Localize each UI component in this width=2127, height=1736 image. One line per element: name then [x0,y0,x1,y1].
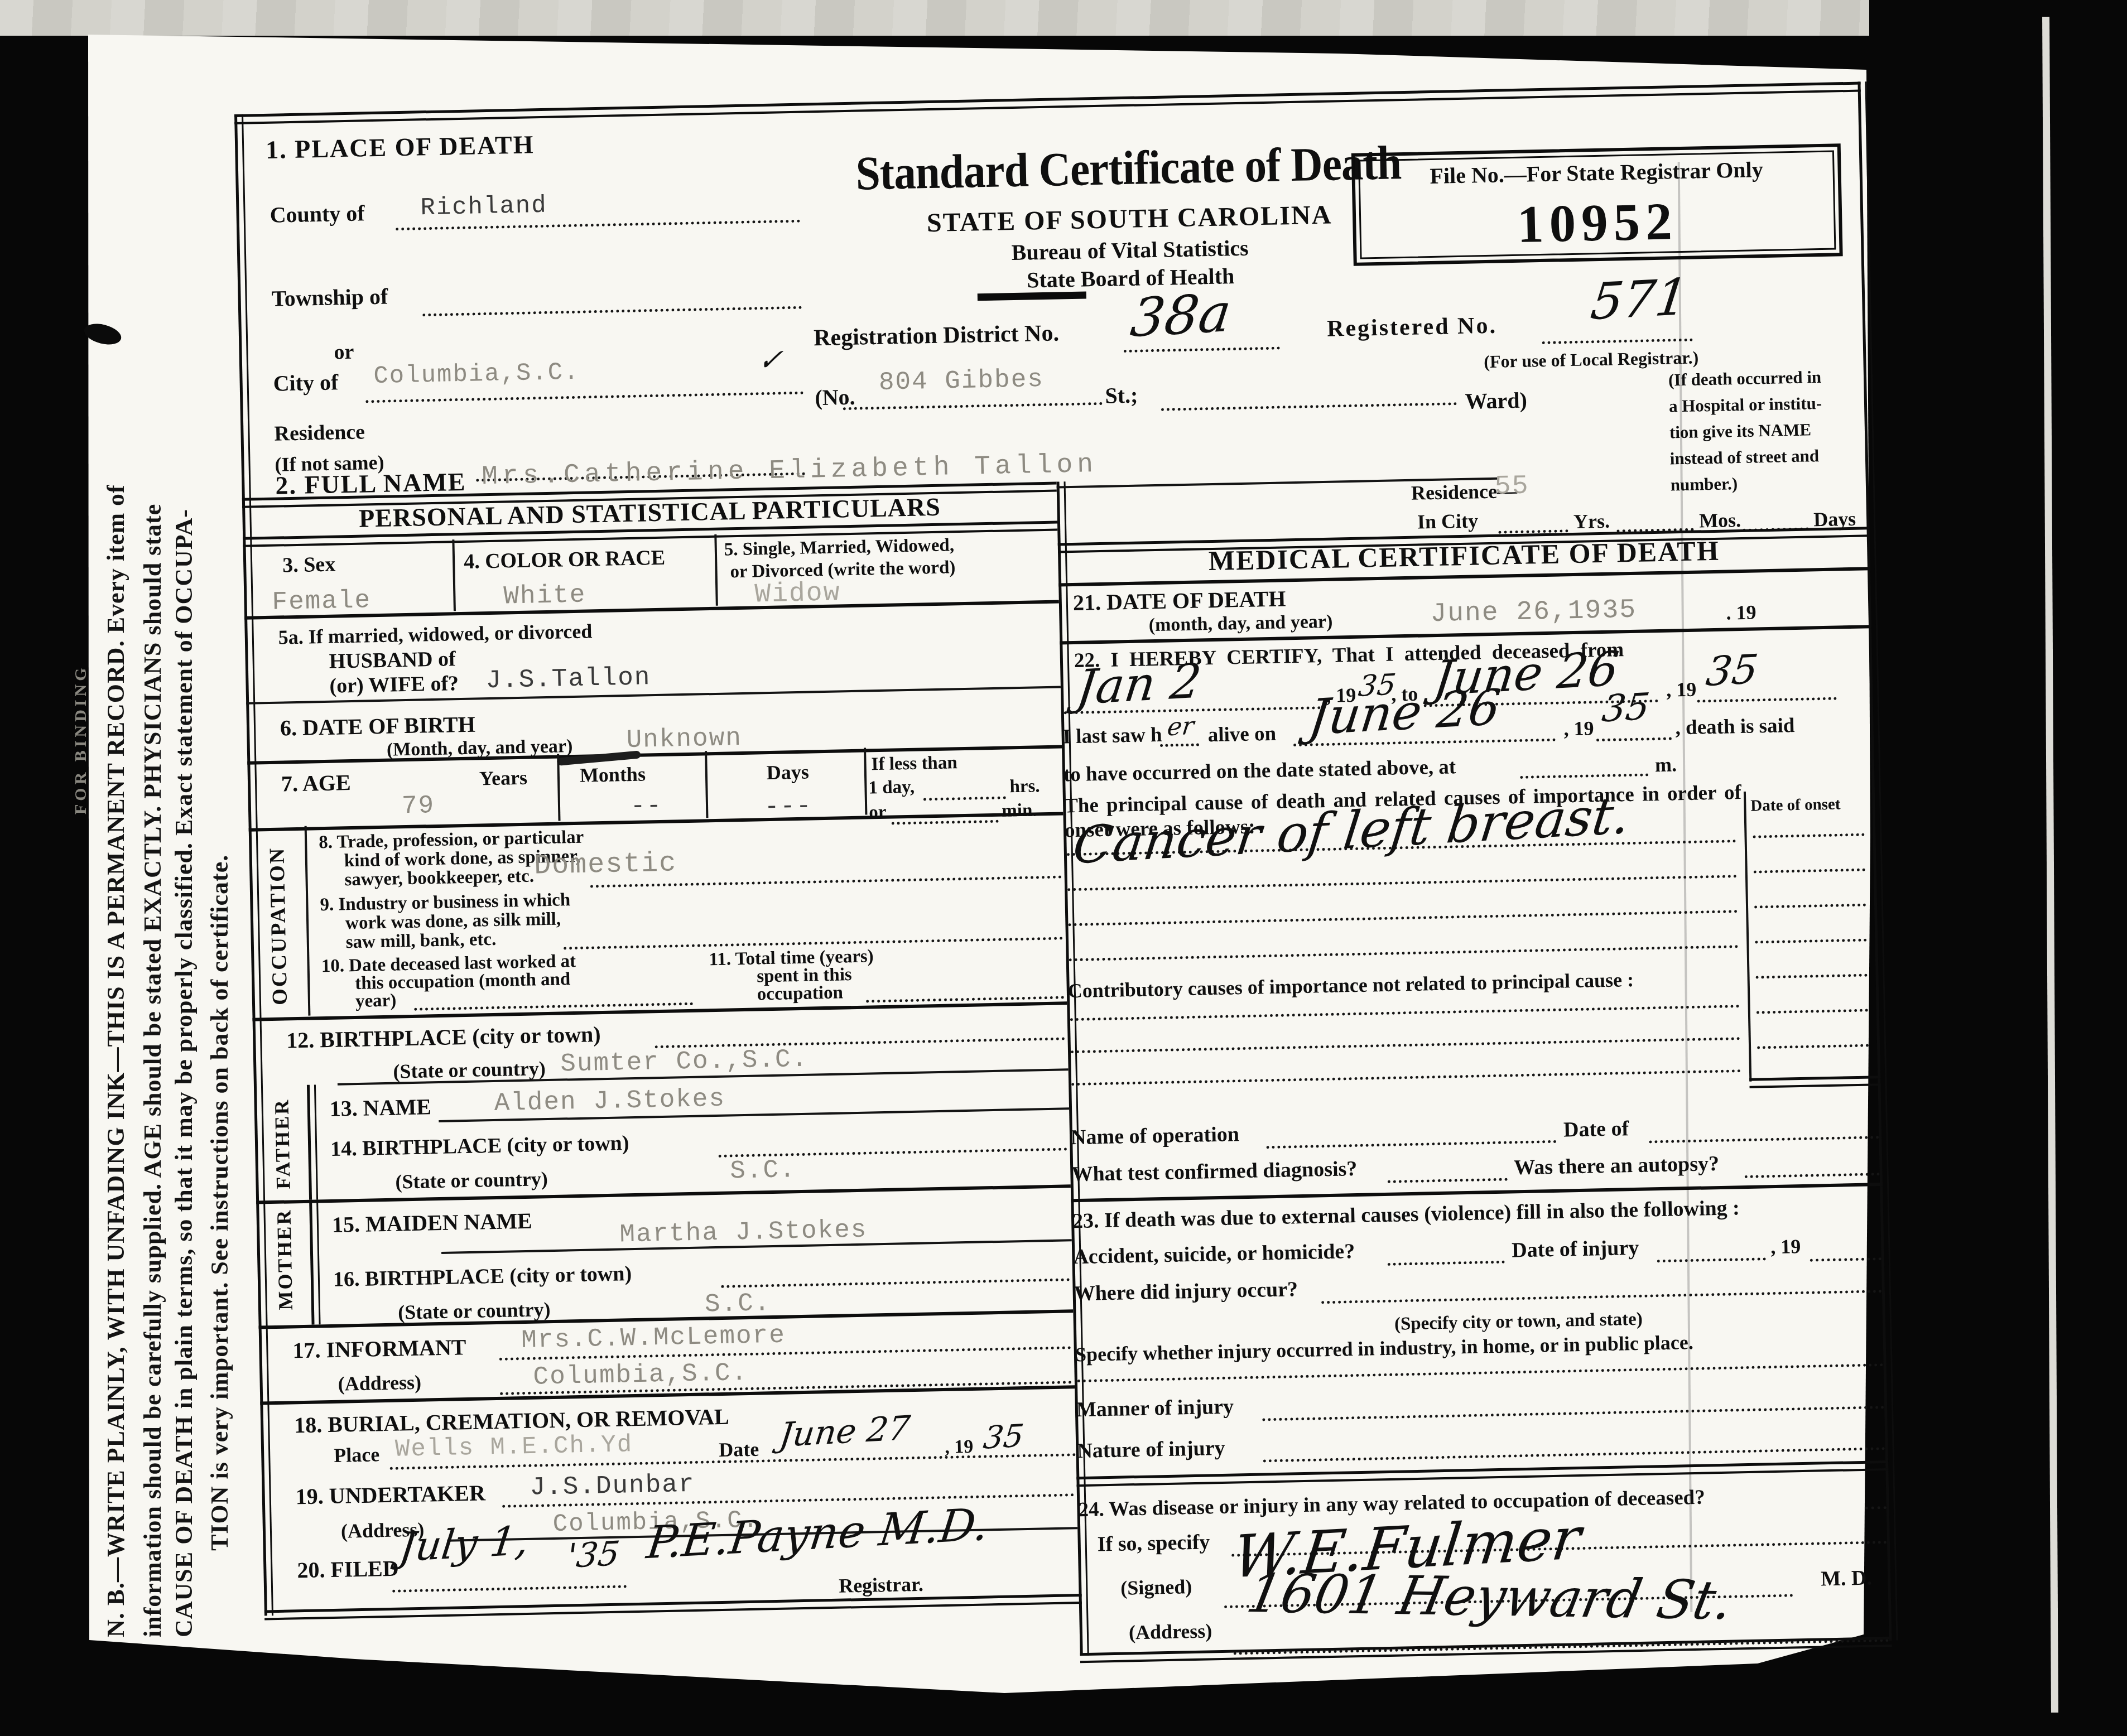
place-of-death-title: 1. PLACE OF DEATH [266,129,535,165]
dotted-line [1755,938,1866,944]
registration-district-label: Registration District No. [814,320,1060,351]
father-name-value: Alden J.Stokes [494,1084,725,1118]
hrs-label: hrs. [1009,776,1040,797]
rule [264,1594,1082,1620]
father-rule [307,1084,318,1199]
to-year-value: 35 [1703,645,1760,695]
date-of-death-19: . 19 [1726,600,1757,624]
dotted-line [1754,903,1866,909]
t9-label: saw mill, bank, etc. [345,929,496,953]
dotted-line [1160,742,1199,747]
date-of-death-sub-label: (month, day, and year) [1148,611,1332,636]
mother-side-label: MOTHER [272,1208,297,1310]
mother-bp-label: 16. BIRTHPLACE (city or town) [333,1261,632,1292]
marital-label: or Divorced (write the word) [730,557,956,582]
margin-note-line: CAUSE OF DEATH in plain terms, so that i… [170,509,198,1637]
where-injury-label: Where did injury occur? [1074,1277,1298,1306]
ward-label: Ward) [1465,387,1527,414]
county-value: Richland [420,192,547,223]
years-header: Years [479,766,528,790]
attended-from-value: Jan 2 [1074,653,1204,715]
dotted-line [365,390,803,403]
dotted-line [1071,1036,1740,1053]
hospital-note-line: tion give its NAME [1669,419,1812,442]
rule [1076,1460,1888,1487]
torn-page-edge [0,0,1869,36]
file-number-value: 10952 [1355,187,1839,258]
nature-of-injury-label: Nature of injury [1077,1436,1225,1463]
date-of-death-value: June 26,1935 [1430,595,1637,629]
cell-divider [864,748,868,814]
hospital-note-line: instead of street and [1670,446,1820,469]
residence-label: Residence [274,419,365,446]
injury-19-label: , 19 [1770,1235,1801,1258]
dotted-line [1069,944,1739,961]
specify-whether-label: Specify whether injury occurred in indus… [1075,1330,1694,1366]
physician-address-label: (Address) [1129,1619,1212,1644]
hospital-note-line: (If death occurred in [1668,367,1822,390]
occurred-m-label: m. [1654,753,1677,777]
min-label: min. [1002,800,1037,821]
dotted-line [1697,696,1837,703]
her-value: er [1166,712,1195,742]
occupation-side-label: OCCUPATION [264,846,292,1005]
dotted-line [1263,1446,1885,1462]
operation-label: Name of operation [1071,1122,1240,1150]
margin-note-line: information should be carefully supplied… [138,504,167,1637]
dotted-line [1745,1171,1880,1178]
informant-value: Mrs.C.W.McLemore [521,1321,786,1355]
oneday-label: 1 day, [868,777,915,799]
street-label: St.; [1105,382,1138,409]
dotted-line [1865,1505,1887,1510]
physician-address-value: 1601 Heyward St. [1242,1563,1738,1632]
alive-year-value: 35 [1600,685,1652,731]
dotted-line [1810,1256,1881,1262]
husband-of-label: HUSBAND of [329,647,456,674]
autopsy-label: Was there an autopsy? [1514,1151,1720,1180]
alive-on-label: alive on [1207,722,1276,747]
dotted-line [1067,874,1737,891]
specify-city-label: (Specify city or town, and state) [1394,1309,1643,1335]
registrar-label: Registrar. [839,1573,923,1598]
certificate-form: 1. PLACE OF DEATH County of Richland Tow… [234,81,1912,1687]
hospital-note-line: a Hospital or institu- [1669,393,1822,416]
months-header: Months [579,762,646,787]
father-bp-label: 14. BIRTHPLACE (city or town) [330,1131,629,1161]
t11-label: occupation [757,982,843,1005]
death-certificate-scan: N. B.—WRITE PLAINLY, WITH UNFADING INK—T… [0,0,2127,1736]
dotted-line [843,401,1103,410]
signed-label: (Signed) [1120,1575,1192,1600]
ifless-label: If less than [871,753,957,775]
dotted-line [1757,1043,1869,1049]
rule [1071,1182,1883,1202]
test-label: What test confirmed diagnosis? [1071,1156,1358,1187]
dotted-line [1077,1362,1884,1382]
sex-value: Female [272,586,372,617]
if-so-specify-label: If so, specify [1097,1530,1210,1556]
md-label: M. D. [1821,1566,1873,1592]
rule [1749,1076,1880,1088]
mother-name-label: 15. MAIDEN NAME [332,1208,533,1238]
township-label: Township of [271,283,388,312]
rule [256,1183,1071,1204]
age-months-value: -- [631,792,663,821]
occupation-value: Domestic [534,847,677,882]
burial-date-value: June 27 [777,1409,912,1455]
s5a-label: 5a. If married, widowed, or divorced [278,619,592,649]
cell-divider [714,534,719,606]
dob-label: 6. DATE OF BIRTH [280,711,476,741]
file-number-box: File No.—For State Registrar Only 10952 [1351,143,1843,266]
registration-district-value: 38a [1128,282,1235,349]
dotted-line [1266,1139,1556,1149]
local-registrar-note: (For use of Local Registrar.) [1484,347,1698,372]
t10-label: year) [355,990,397,1011]
onset-box-border [1744,792,1753,1082]
alive-19-label: , 19 [1563,716,1594,740]
sex-label: 3. Sex [282,552,336,578]
dotted-line [1161,401,1457,411]
date-of-onset-label: Date of onset [1750,795,1841,815]
yrs-label: Yrs. [1573,509,1610,533]
dotted-line [1520,772,1648,779]
to-19-label: , 19 [1666,678,1697,702]
manner-of-injury-label: Manner of injury [1076,1395,1234,1422]
registered-no-label: Registered No. [1327,312,1498,343]
dotted-line [1542,337,1693,344]
undertaker-value: J.S.Dunbar [530,1470,695,1502]
external-causes-label: 23. If death was due to external causes … [1072,1195,1740,1233]
filed-date-value: July 1, [397,1517,532,1571]
mother-rule [309,1199,320,1324]
filed-label: 20. FILED [297,1555,399,1584]
next-page-edge [2042,17,2058,1713]
contributory-label: Contributory causes of importance not re… [1067,968,1634,1002]
county-label: County of [270,200,365,228]
burial-year-value: 35 [981,1418,1026,1457]
burial-date-label: Date [719,1438,759,1462]
dotted-line [1657,1256,1766,1262]
father-bp-sub-label: (State or country) [395,1167,548,1193]
dotted-line [422,305,802,317]
death-is-said-label: , death is said [1675,713,1795,740]
occupation-rule [305,826,312,1016]
dotted-line [1068,909,1738,926]
check-mark: ✓ [756,343,785,378]
hospital-note-line: number.) [1670,474,1738,495]
margin-note-line: N. B.—WRITE PLAINLY, WITH UNFADING INK—T… [102,484,130,1637]
color-label: 4. COLOR OR RACE [464,546,666,574]
dotted-line [892,819,999,825]
alive-date-value: June 26 [1306,678,1504,746]
dotted-line [923,795,1006,801]
registered-no-value: 571 [1587,268,1691,332]
father-bp-value: S.C. [730,1155,796,1185]
days-header: Days [766,760,809,785]
wife-of-label: (or) WIFE of? [329,671,459,698]
or-min-label: or [869,802,887,823]
t8-label: sawyer, bookkeeper, etc. [344,866,534,891]
undertaker-label: 19. UNDERTAKER [295,1479,485,1510]
dotted-line [1262,1405,1884,1421]
mos-label: Mos. [1699,508,1741,532]
street-no-value: 804 Gibbes [878,365,1044,397]
dotted-line [1753,832,1864,838]
informant-address-label: (Address) [338,1371,421,1396]
informant-label: 17. INFORMANT [292,1334,466,1363]
filed-year-value: '35 [565,1534,622,1576]
residence2-value: 55 [1494,471,1529,502]
dotted-line [1754,867,1865,874]
in-city-label: In City [1417,509,1479,533]
birthplace-label: 12. BIRTHPLACE (city or town) [286,1021,601,1053]
burial-place-value: Wells M.E.Ch.Yd [395,1431,633,1464]
burial-place-label: Place [334,1443,380,1467]
city-value: Columbia,S.C. [373,359,580,390]
last-saw-label: I last saw h [1062,723,1162,749]
father-side-label: FATHER [270,1098,295,1189]
operation-date-label: Date of [1563,1116,1629,1142]
marital-label: 5. Single, Married, Widowed, [724,535,954,560]
or-label: or [334,340,354,365]
dotted-line [392,1584,627,1592]
dotted-line [1388,1260,1505,1266]
age-years-value: 79 [401,791,435,821]
occurred-label: to have occurred on the date stated abov… [1063,755,1456,787]
dotted-line [1070,1004,1740,1021]
dotted-line [1757,1008,1868,1014]
color-value: White [503,581,586,611]
date-of-injury-label: Date of injury [1512,1236,1639,1263]
dotted-line [721,1277,1070,1288]
binding-label: FOR BINDING [71,664,90,814]
dotted-line [1388,1177,1508,1183]
margin-note-line: TION is very important. See instructions… [205,855,234,1551]
dotted-line [1321,1289,1882,1304]
father-name-label: 13. NAME [329,1093,431,1122]
spouse-value: J.S.Tallon [485,663,651,695]
cell-divider [705,751,709,818]
accident-label: Accident, suicide, or homicide? [1073,1239,1355,1269]
header-bar [978,291,1086,301]
dotted-line [1071,1068,1741,1086]
dotted-line [1649,1135,1879,1143]
cell-divider [452,539,457,611]
dotted-line [1756,973,1868,979]
dotted-line [1596,736,1672,742]
age-label: 7. AGE [281,769,351,797]
date-of-death-label: 21. DATE OF DEATH [1072,585,1286,616]
city-label: City of [273,369,339,396]
